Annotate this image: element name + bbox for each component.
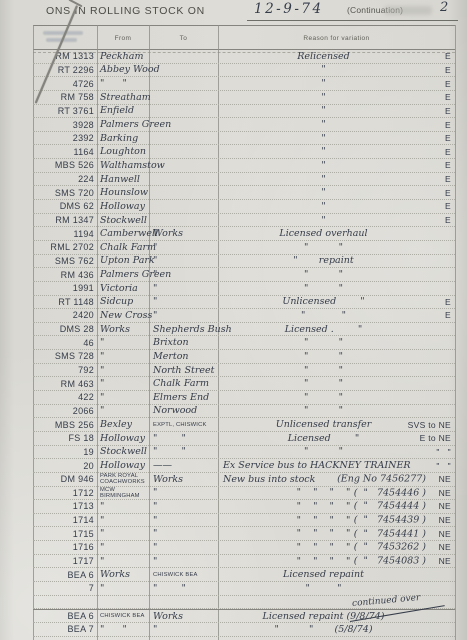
cell-fleet-number: SMS 720 xyxy=(33,188,97,198)
cell-reason: " " xyxy=(218,583,429,594)
cell-to: Shepherds Bush xyxy=(149,324,218,335)
cell-from: " xyxy=(97,392,149,403)
reason-text: " xyxy=(321,92,325,103)
cell-reason: New bus into stock(Eng No 7456277) xyxy=(218,474,429,485)
cell-from: " xyxy=(97,337,149,348)
cell-from: Hanwell xyxy=(97,174,149,185)
cell-licence-code: E xyxy=(429,105,455,118)
table-row: DMS 28WorksShepherds BushLicensed . " xyxy=(33,323,455,337)
reason-text: " " xyxy=(304,405,343,416)
engine-number: ( " 7454083 ) xyxy=(354,556,426,567)
table-row: MBS 526Walthamstow"E xyxy=(33,159,455,173)
cell-licence-code xyxy=(429,336,455,349)
reason-text: " " " " xyxy=(297,501,351,512)
cell-licence-code xyxy=(429,391,455,404)
table-row: 20Holloway——Ex Service bus to HACKNEY TR… xyxy=(33,459,455,473)
cell-to: EXPTL, CHISWICK xyxy=(149,422,218,428)
table-row: 46"Brixton" " xyxy=(33,336,455,350)
cell-from: Peckham xyxy=(97,51,149,62)
table-row: BEA 7" """ " (5/8/74) xyxy=(33,623,455,637)
cell-from: Stockwell xyxy=(97,215,149,226)
cell-to: Norwood xyxy=(149,405,218,416)
cell-fleet-number: RT 3761 xyxy=(33,106,97,116)
cell-from: Holloway xyxy=(97,433,149,444)
cell-fleet-number: 792 xyxy=(33,365,97,375)
licence-code-text: E xyxy=(445,160,451,170)
cell-fleet-number: 1713 xyxy=(33,501,97,511)
cell-reason: " xyxy=(218,64,429,75)
cell-licence-code xyxy=(429,255,455,268)
cell-from: Holloway xyxy=(97,201,149,212)
table-row: RM 436Palmers Green"" " xyxy=(33,268,455,282)
cell-reason: " xyxy=(218,105,429,116)
cell-from: Holloway xyxy=(97,460,149,471)
cell-fleet-number: BEA 7 xyxy=(33,624,97,634)
cell-fleet-number: MBS 526 xyxy=(33,160,97,170)
cell-licence-code xyxy=(429,268,455,281)
reason-text: " " xyxy=(304,365,343,376)
cell-licence-code: E xyxy=(429,214,455,227)
table-row: 3928Palmers Green"E xyxy=(33,118,455,132)
cell-licence-code xyxy=(429,241,455,254)
reason-text: " " " " xyxy=(297,515,351,526)
cell-fleet-number: 1194 xyxy=(33,229,97,239)
table-row: 1714""" " " "( " 7454439 )NE xyxy=(33,514,455,528)
cell-reason: Unlicensed transfer xyxy=(218,419,429,430)
reason-text: Licensed repaint (9/8/74) xyxy=(263,611,385,622)
licence-code-text: NE xyxy=(439,488,451,498)
cell-from: CHISWICK BEA xyxy=(97,613,149,619)
cell-from: Bexley xyxy=(97,419,149,430)
cell-reason: Ex Service bus to HACKNEY TRAINER xyxy=(218,460,429,471)
reason-text: " xyxy=(321,146,325,157)
cell-licence-code: E xyxy=(429,173,455,186)
cell-from: Camberwell xyxy=(97,228,149,239)
reason-text: Licensed overhaul xyxy=(279,228,367,239)
cell-licence-code: E xyxy=(429,132,455,145)
cell-fleet-number: 19 xyxy=(33,447,97,457)
reason-text: Licensed . " xyxy=(285,324,363,335)
cell-to: Merton xyxy=(149,351,218,362)
cell-fleet-number: 20 xyxy=(33,461,97,471)
cell-reason: " " xyxy=(218,405,429,416)
header-cell-from: From xyxy=(97,26,149,49)
cell-reason: " " xyxy=(218,269,429,280)
table-row: SMS 728"Merton" " xyxy=(33,350,455,364)
cell-to: " xyxy=(149,310,218,321)
engine-number: ( " 7454446 ) xyxy=(354,487,426,498)
cell-fleet-number: 2420 xyxy=(33,310,97,320)
cell-to: Works xyxy=(149,611,218,622)
cell-from: " xyxy=(97,556,149,567)
cell-licence-code: NE xyxy=(429,555,455,568)
cell-reason: " xyxy=(218,78,429,89)
cell-to: Works xyxy=(149,474,218,485)
cell-licence-code: E xyxy=(429,145,455,158)
cell-reason: " " " "( " 7454439 ) xyxy=(218,515,429,526)
cell-from: Palmers Green xyxy=(97,119,149,130)
cell-licence-code: NE xyxy=(429,541,455,554)
reason-text: " " " " xyxy=(297,528,351,539)
cell-to: " " xyxy=(149,583,218,594)
cell-fleet-number: RM 1347 xyxy=(33,215,97,225)
cell-licence-code: E xyxy=(429,64,455,77)
engine-number: (Eng No 7456277) xyxy=(337,474,426,485)
licence-code-text: E to NE xyxy=(420,433,451,443)
cell-licence-code xyxy=(429,377,455,390)
licence-code-text: NE xyxy=(439,501,451,511)
table-row: 1164Loughton"E xyxy=(33,145,455,159)
cell-fleet-number: 2066 xyxy=(33,406,97,416)
cell-licence-code: E xyxy=(429,296,455,309)
cell-from: Streatham xyxy=(97,92,149,103)
cell-reason: " " xyxy=(218,392,429,403)
cell-reason: " " (5/8/74) xyxy=(218,624,429,635)
reason-text: " xyxy=(321,201,325,212)
reason-text: " " xyxy=(304,351,343,362)
licence-code-text: NE xyxy=(439,529,451,539)
handwritten-date: 12-9-74 xyxy=(254,1,324,17)
cell-reason: Licensed repaint xyxy=(218,569,429,580)
licence-code-text: " " xyxy=(436,461,451,471)
table-row: BEA 6CHISWICK BEAWorksLicensed repaint (… xyxy=(33,609,455,623)
cell-from: Enfield xyxy=(97,105,149,116)
reason-text: Licensed repaint xyxy=(283,569,364,580)
cell-reason: Licensed overhaul xyxy=(218,228,429,239)
cell-reason: Licensed " xyxy=(218,433,429,444)
cell-licence-code: NE xyxy=(429,500,455,513)
cell-reason: " " " "( " 7454083 ) xyxy=(218,556,429,567)
table-row: RT 3761Enfield"E xyxy=(33,105,455,119)
ink-bleed-smudge xyxy=(384,6,432,15)
cell-reason: " " xyxy=(218,351,429,362)
cell-to: —— xyxy=(149,460,218,471)
engine-number: ( " 7454441 ) xyxy=(354,528,426,539)
cell-to: " xyxy=(149,255,218,266)
reason-text: " xyxy=(321,119,325,130)
cell-reason: " xyxy=(218,133,429,144)
reason-text: " xyxy=(321,78,325,89)
reason-text: Unlicensed transfer xyxy=(276,419,372,430)
cell-licence-code: E xyxy=(429,77,455,90)
licence-code-text: E xyxy=(445,215,451,225)
licence-code-text: E xyxy=(445,51,451,61)
cell-fleet-number: SMS 728 xyxy=(33,351,97,361)
cell-fleet-number: RML 2702 xyxy=(33,242,97,252)
table-row: RML 2702Chalk Farm"" " xyxy=(33,241,455,255)
cell-licence-code: E xyxy=(429,159,455,172)
page-number: 2 xyxy=(440,0,448,15)
cell-from: New Cross xyxy=(97,310,149,321)
table-row: 2392Barking"E xyxy=(33,132,455,146)
table-row: FS 18Holloway" "Licensed "E to NE xyxy=(33,432,455,446)
table-row: 792"North Street" " xyxy=(33,364,455,378)
cell-licence-code: E xyxy=(429,200,455,213)
cell-from: Walthamstow xyxy=(97,160,149,171)
cell-from: Hounslow xyxy=(97,187,149,198)
cell-fleet-number: RM 1313 xyxy=(33,51,97,61)
cell-from: Sidcup xyxy=(97,296,149,307)
table-row: RT 1148Sidcup"Unlicensed "E xyxy=(33,296,455,310)
cell-reason: Relicensed xyxy=(218,51,429,62)
cell-reason: " xyxy=(218,146,429,157)
cell-fleet-number: RM 463 xyxy=(33,379,97,389)
reason-text: " " xyxy=(301,310,346,321)
cell-licence-code: E to NE xyxy=(429,432,455,445)
cell-from: Loughton xyxy=(97,146,149,157)
cell-licence-code: SVS to NE xyxy=(429,418,455,431)
table-row: 224Hanwell"E xyxy=(33,173,455,187)
cell-to: Chalk Farm xyxy=(149,378,218,389)
cell-fleet-number: BEA 6 xyxy=(33,611,97,621)
licence-code-text: E xyxy=(445,120,451,130)
cell-from: MCW BIRMINGHAM xyxy=(97,487,149,499)
table-row: RM 758Streatham"E xyxy=(33,91,455,105)
table-row: 2066"Norwood" " xyxy=(33,405,455,419)
reason-text: " " xyxy=(304,337,343,348)
reason-text: " " " " xyxy=(297,487,351,498)
reason-text: Licensed " xyxy=(288,433,360,444)
cell-to: " xyxy=(149,296,218,307)
reason-text: " xyxy=(321,105,325,116)
header-cell-to: To xyxy=(149,26,218,49)
table-row: DMS 62Holloway"E xyxy=(33,200,455,214)
cell-from: " xyxy=(97,378,149,389)
cell-licence-code: E xyxy=(429,50,455,63)
cell-to: " xyxy=(149,242,218,253)
cell-fleet-number: 1715 xyxy=(33,529,97,539)
cell-to: " xyxy=(149,501,218,512)
cell-to: Works xyxy=(149,228,218,239)
licence-code-text: NE xyxy=(439,542,451,552)
cell-licence-code xyxy=(429,227,455,240)
table-row: RT 2296Abbey Wood"E xyxy=(33,64,455,78)
table-row: SMS 720Hounslow"E xyxy=(33,186,455,200)
cell-fleet-number: FS 18 xyxy=(33,433,97,443)
table-border-right xyxy=(455,25,456,640)
table-row: RM 463"Chalk Farm" " xyxy=(33,377,455,391)
table-row: 1713""" " " "( " 7454444 )NE xyxy=(33,500,455,514)
cell-from: Abbey Wood xyxy=(97,64,149,75)
cell-reason: Licensed . " xyxy=(218,324,429,335)
cell-fleet-number: 46 xyxy=(33,338,97,348)
reason-text: Relicensed xyxy=(297,51,350,62)
cell-fleet-number: 1991 xyxy=(33,283,97,293)
cell-to: " xyxy=(149,269,218,280)
cell-licence-code: E xyxy=(429,309,455,322)
cell-to: " " xyxy=(149,446,218,457)
cell-reason: " xyxy=(218,119,429,130)
cell-fleet-number: 422 xyxy=(33,392,97,402)
reason-text: " xyxy=(321,174,325,185)
reason-text: " " xyxy=(304,392,343,403)
cell-reason: " " xyxy=(218,310,429,321)
cell-from: Works xyxy=(97,324,149,335)
cell-reason: " xyxy=(218,92,429,103)
reason-text: " xyxy=(321,187,325,198)
cell-licence-code: " " xyxy=(429,446,455,459)
licence-code-text: E xyxy=(445,147,451,157)
table-row: 1712MCW BIRMINGHAM"" " " "( " 7454446 )N… xyxy=(33,487,455,501)
reason-text: " " xyxy=(304,283,343,294)
table-row: BEA 6WorksCHISWICK BEALicensed repaint xyxy=(33,568,455,582)
cell-from: " " xyxy=(97,624,149,635)
reason-text: " xyxy=(321,215,325,226)
cell-reason: " " " "( " 7453262 ) xyxy=(218,542,429,553)
cell-from: Palmers Green xyxy=(97,269,149,280)
engine-number: ( " 7453262 ) xyxy=(354,542,426,553)
reason-text: " " xyxy=(306,583,342,594)
cell-licence-code xyxy=(429,364,455,377)
reason-text: Unlicensed " xyxy=(282,296,364,307)
reason-text: " " " " xyxy=(297,556,351,567)
cell-to: CHISWICK BEA xyxy=(149,572,218,578)
cell-from: " xyxy=(97,405,149,416)
cell-fleet-number: 224 xyxy=(33,174,97,184)
cell-to: Elmers End xyxy=(149,392,218,403)
cell-licence-code xyxy=(429,568,455,581)
cell-licence-code xyxy=(429,323,455,336)
cell-from: " xyxy=(97,351,149,362)
cell-licence-code: NE xyxy=(429,487,455,500)
cell-fleet-number: 7 xyxy=(33,583,97,593)
cell-reason: " xyxy=(218,174,429,185)
cell-reason: " " xyxy=(218,337,429,348)
cell-reason: " xyxy=(218,160,429,171)
cell-to: North Street xyxy=(149,365,218,376)
cell-from: Stockwell xyxy=(97,446,149,457)
cell-fleet-number: 1714 xyxy=(33,515,97,525)
cell-from: Victoria xyxy=(97,283,149,294)
cell-fleet-number: 1717 xyxy=(33,556,97,566)
cell-to: " xyxy=(149,624,218,635)
reason-text: " " (5/8/74) xyxy=(274,624,372,635)
licence-code-text: E xyxy=(445,106,451,116)
table-row: SMS 762Upton Park"" repaint xyxy=(33,255,455,269)
table-row: 1715""" " " "( " 7454441 )NE xyxy=(33,527,455,541)
cell-reason: " " xyxy=(218,378,429,389)
table-row: RM 1313PeckhamRelicensedE xyxy=(33,50,455,64)
licence-code-text: NE xyxy=(439,515,451,525)
cell-licence-code: NE xyxy=(429,527,455,540)
licence-code-text: E xyxy=(445,174,451,184)
cell-licence-code: NE xyxy=(429,473,455,486)
licence-code-text: E xyxy=(445,65,451,75)
cell-licence-code: E xyxy=(429,91,455,104)
table-row: 4726" ""E xyxy=(33,77,455,91)
licence-code-text: E xyxy=(445,92,451,102)
reason-text: " " " " xyxy=(297,542,351,553)
cell-fleet-number: 1164 xyxy=(33,147,97,157)
reason-text: " xyxy=(321,64,325,75)
cell-fleet-number: 1712 xyxy=(33,488,97,498)
cell-from: PARK ROYAL COACHWORKS xyxy=(97,473,149,485)
engine-number: ( " 7454444 ) xyxy=(354,501,426,512)
licence-code-text: NE xyxy=(439,556,451,566)
reason-text: " xyxy=(321,133,325,144)
table-row: 2420New Cross"" "E xyxy=(33,309,455,323)
reason-text: Ex Service bus to HACKNEY TRAINER xyxy=(223,460,411,471)
licence-code-text: " " xyxy=(436,447,451,457)
table-row: DM 946PARK ROYAL COACHWORKSWorksNew bus … xyxy=(33,473,455,487)
cell-fleet-number: DMS 28 xyxy=(33,324,97,334)
cell-licence-code: E xyxy=(429,186,455,199)
reason-text: New bus into stock xyxy=(223,474,315,485)
cell-from: Works xyxy=(97,569,149,580)
cell-to: " xyxy=(149,487,218,498)
cell-licence-code xyxy=(429,282,455,295)
cell-fleet-number: RT 1148 xyxy=(33,297,97,307)
table-row: 1194CamberwellWorksLicensed overhaul xyxy=(33,227,455,241)
cell-reason: " xyxy=(218,201,429,212)
cell-to: " xyxy=(149,542,218,553)
cell-fleet-number: MBS 256 xyxy=(33,420,97,430)
reason-text: " xyxy=(321,160,325,171)
reason-text: " " xyxy=(304,269,343,280)
header-cell-reason: Reason for variation xyxy=(218,26,455,49)
cell-from: " " xyxy=(97,78,149,89)
licence-code-text: E xyxy=(445,201,451,211)
cell-to: " xyxy=(149,283,218,294)
table-body: RM 1313PeckhamRelicensedERT 2296Abbey Wo… xyxy=(33,50,455,637)
cell-fleet-number: RM 758 xyxy=(33,92,97,102)
cell-fleet-number: RM 436 xyxy=(33,270,97,280)
cell-licence-code xyxy=(429,405,455,418)
cell-from: Barking xyxy=(97,133,149,144)
table-row: 1717""" " " "( " 7454083 )NE xyxy=(33,555,455,569)
table-row: 1991Victoria"" " xyxy=(33,282,455,296)
reason-text: " repaint xyxy=(293,255,353,266)
cell-from: " xyxy=(97,528,149,539)
reason-text: " " xyxy=(304,242,343,253)
cell-licence-code: E xyxy=(429,118,455,131)
cell-from: " xyxy=(97,515,149,526)
licence-code-text: E xyxy=(445,133,451,143)
cell-from: Chalk Farm xyxy=(97,242,149,253)
cell-from: " xyxy=(97,583,149,594)
cell-to: " xyxy=(149,556,218,567)
cell-reason: " " " "( " 7454446 ) xyxy=(218,487,429,498)
cell-reason: " xyxy=(218,187,429,198)
cell-from: " xyxy=(97,365,149,376)
licence-code-text: E xyxy=(445,310,451,320)
cell-from: " xyxy=(97,501,149,512)
cell-reason: " " xyxy=(218,242,429,253)
cell-to: Brixton xyxy=(149,337,218,348)
cell-licence-code xyxy=(429,623,455,636)
cell-from: " xyxy=(97,542,149,553)
reason-text: " " xyxy=(304,446,343,457)
cell-reason: " xyxy=(218,215,429,226)
cell-fleet-number: BEA 6 xyxy=(33,570,97,580)
cell-licence-code xyxy=(429,610,455,622)
cell-fleet-number: RT 2296 xyxy=(33,65,97,75)
cell-licence-code xyxy=(429,350,455,363)
table-row: 19Stockwell" "" "" " xyxy=(33,446,455,460)
cell-fleet-number: DM 946 xyxy=(33,474,97,484)
table-row: MBS 256BexleyEXPTL, CHISWICKUnlicensed t… xyxy=(33,418,455,432)
cell-fleet-number: DMS 62 xyxy=(33,201,97,211)
licence-code-text: NE xyxy=(439,474,451,484)
table-row: RM 1347Stockwell"E xyxy=(33,214,455,228)
cell-licence-code: NE xyxy=(429,514,455,527)
cell-fleet-number: 1716 xyxy=(33,542,97,552)
cell-reason: " " " "( " 7454441 ) xyxy=(218,528,429,539)
cell-reason: " " xyxy=(218,446,429,457)
cell-to: " " xyxy=(149,433,218,444)
cell-fleet-number: 2392 xyxy=(33,133,97,143)
cell-reason: " repaint xyxy=(218,255,429,266)
